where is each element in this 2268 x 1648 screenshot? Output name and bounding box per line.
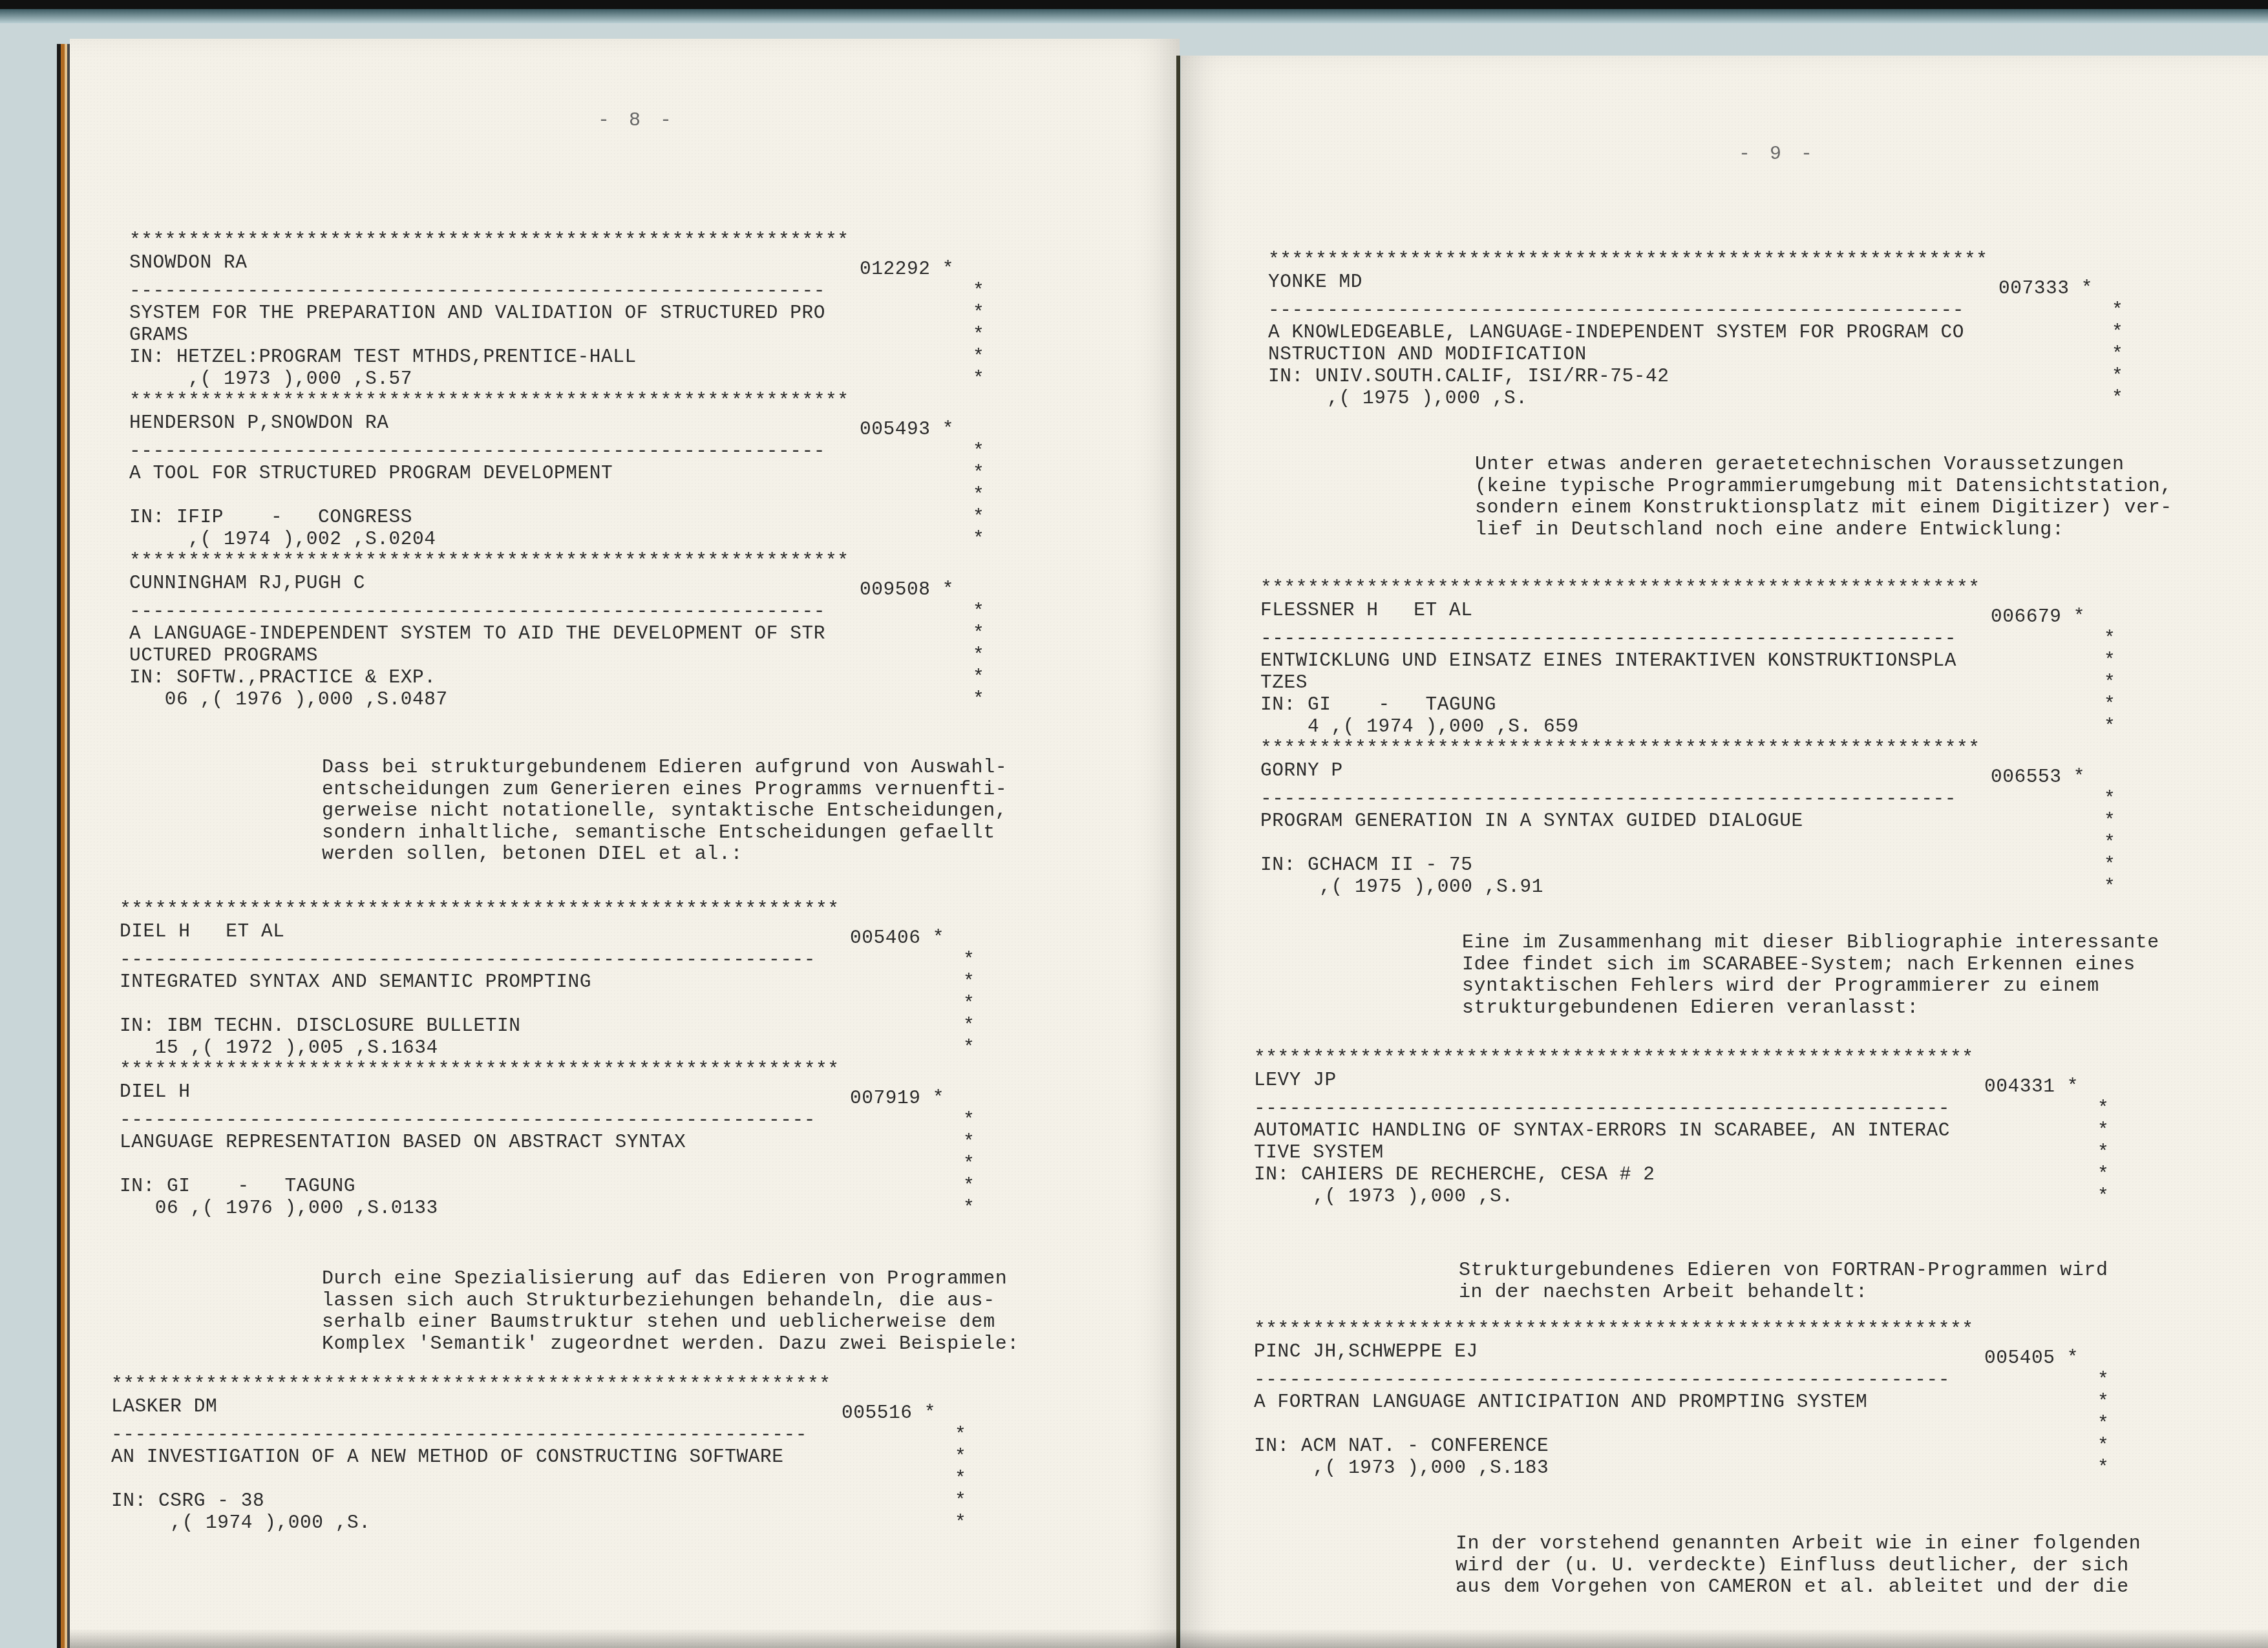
record-citation-text: ,( 1974 ),000 ,S. — [111, 1512, 371, 1534]
paragraph-line: wird der (u. U. verdeckte) Einfluss deut… — [1456, 1556, 2141, 1578]
record-author: YONKE MD007333 * — [1268, 271, 1987, 299]
record-source: IN: IBM TECHN. DISCLOSURE BULLETIN* — [120, 1015, 839, 1037]
record-source-text: IN: CSRG - 38 — [111, 1490, 264, 1512]
dash-rule: ----------------------------------------… — [120, 1109, 839, 1131]
record-author-text: HENDERSON P,SNOWDON RA — [129, 412, 389, 434]
record-author-text: YONKE MD — [1268, 271, 1362, 293]
star-rule-text: ****************************************… — [111, 1373, 831, 1395]
record-title: ENTWICKLUNG UND EINSATZ EINES INTERAKTIV… — [1260, 650, 1980, 671]
record-title: * — [111, 1468, 831, 1490]
bibliography-record: ****************************************… — [1254, 1047, 1973, 1207]
border-star: * — [973, 346, 984, 368]
record-source: IN: CAHIERS DE RECHERCHE, CESA # 2* — [1254, 1163, 1973, 1185]
dash-rule-text: ----------------------------------------… — [120, 949, 816, 971]
record-source: IN: UNIV.SOUTH.CALIF, ISI/RR-75-42* — [1268, 365, 1987, 387]
right-records-group-1: ****************************************… — [1268, 249, 1987, 409]
dash-rule-text: ----------------------------------------… — [1260, 628, 1956, 650]
paragraph-line: gerweise nicht notationelle, syntaktisch… — [322, 801, 1007, 823]
record-citation: ,( 1973 ),000 ,S.183* — [1254, 1457, 1973, 1479]
record-source: IN: IFIP - CONGRESS* — [129, 506, 849, 528]
border-star: * — [2104, 693, 2115, 715]
border-star: * — [2097, 1185, 2109, 1207]
record-author-text: FLESSNER H ET AL — [1260, 599, 1473, 621]
record-author-text: LASKER DM — [111, 1395, 217, 1417]
record-title-text: GRAMS — [129, 324, 188, 346]
border-star: * — [955, 1424, 966, 1446]
border-star: * — [2097, 1369, 2109, 1391]
record-citation-text: 06 ,( 1976 ),000 ,S.0487 — [129, 688, 448, 710]
record-author-text: LEVY JP — [1254, 1069, 1337, 1091]
record-source: IN: ACM NAT. - CONFERENCE* — [1254, 1435, 1973, 1457]
border-star: * — [2097, 1457, 2109, 1479]
border-star: * — [963, 1197, 975, 1219]
paragraph-line: Unter etwas anderen geraetetechnischen V… — [1475, 454, 2172, 476]
right-paragraph-4: In der vorstehend genannten Arbeit wie i… — [1456, 1534, 2141, 1599]
paragraph-line: strukturgebundenen Edieren veranlasst: — [1462, 998, 2159, 1020]
right-records-group-4: ****************************************… — [1254, 1318, 1973, 1479]
border-star: * — [2097, 1391, 2109, 1413]
record-title-text: A LANGUAGE-INDEPENDENT SYSTEM TO AID THE… — [129, 622, 825, 644]
paragraph-line: lassen sich auch Strukturbeziehungen beh… — [322, 1291, 1019, 1313]
border-star: * — [973, 368, 984, 390]
record-author: CUNNINGHAM RJ,PUGH C009508 * — [129, 572, 849, 600]
star-rule: ****************************************… — [1260, 737, 1980, 759]
record-citation: ,( 1973 ),000 ,S.57* — [129, 368, 849, 390]
border-star: * — [963, 971, 975, 993]
border-star: * — [2104, 832, 2115, 854]
record-title-text: ENTWICKLUNG UND EINSATZ EINES INTERAKTIV… — [1260, 650, 1956, 671]
border-star: * — [963, 1037, 975, 1059]
dash-rule: ----------------------------------------… — [1254, 1369, 1973, 1391]
record-title-text: AUTOMATIC HANDLING OF SYNTAX-ERRORS IN S… — [1254, 1119, 1950, 1141]
scanner-top-edge — [0, 0, 2268, 9]
record-title: GRAMS* — [129, 324, 849, 346]
record-title: INTEGRATED SYNTAX AND SEMANTIC PROMPTING… — [120, 971, 839, 993]
right-records-group-2: ****************************************… — [1260, 577, 1980, 898]
record-citation-text: ,( 1974 ),002 ,S.0204 — [129, 528, 436, 550]
paragraph-line: sondern inhaltliche, semantische Entsche… — [322, 823, 1007, 845]
record-author: HENDERSON P,SNOWDON RA005493 * — [129, 412, 849, 440]
record-citation: 15 ,( 1972 ),005 ,S.1634* — [120, 1037, 839, 1059]
border-star: * — [2112, 321, 2123, 343]
right-page-number: - 9 - — [1739, 143, 1816, 165]
border-star: * — [973, 280, 984, 302]
record-source-text: IN: IBM TECHN. DISCLOSURE BULLETIN — [120, 1015, 521, 1037]
dash-rule: ----------------------------------------… — [129, 600, 849, 622]
book-cover-edge — [57, 44, 70, 1648]
record-citation: 06 ,( 1976 ),000 ,S.0133* — [120, 1197, 839, 1219]
bibliography-record: ****************************************… — [1260, 577, 1980, 737]
record-source-text: IN: GI - TAGUNG — [1260, 693, 1496, 715]
dash-rule: ----------------------------------------… — [1260, 788, 1980, 810]
record-source-text: IN: GI - TAGUNG — [120, 1175, 355, 1197]
bibliography-record: ****************************************… — [129, 390, 849, 550]
record-title: PROGRAM GENERATION IN A SYNTAX GUIDED DI… — [1260, 810, 1980, 832]
record-citation-text: ,( 1973 ),000 ,S. — [1254, 1185, 1514, 1207]
bibliography-record: ****************************************… — [111, 1373, 831, 1534]
star-rule-text: ****************************************… — [129, 390, 849, 412]
right-paragraph-2: Eine im Zusammenhang mit dieser Bibliogr… — [1462, 933, 2159, 1019]
dash-rule: ----------------------------------------… — [129, 280, 849, 302]
star-rule-text: ****************************************… — [1254, 1318, 1973, 1340]
border-star: * — [2097, 1119, 2109, 1141]
record-source-text: IN: SOFTW.,PRACTICE & EXP. — [129, 666, 436, 688]
paragraph-line: aus dem Vorgehen von CAMERON et al. able… — [1456, 1577, 2141, 1599]
bibliography-record: ****************************************… — [120, 1059, 839, 1219]
record-title: * — [120, 1153, 839, 1175]
border-star: * — [973, 440, 984, 462]
record-title: SYSTEM FOR THE PREPARATION AND VALIDATIO… — [129, 302, 849, 324]
record-source: IN: HETZEL:PROGRAM TEST MTHDS,PRENTICE-H… — [129, 346, 849, 368]
dash-rule: ----------------------------------------… — [129, 440, 849, 462]
record-title: * — [1260, 832, 1980, 854]
record-citation-text: ,( 1975 ),000 ,S.91 — [1260, 876, 1543, 898]
paragraph-line: entscheidungen zum Generieren eines Prog… — [322, 779, 1007, 801]
star-rule-text: ****************************************… — [1260, 577, 1980, 599]
record-title-text: SYSTEM FOR THE PREPARATION AND VALIDATIO… — [129, 302, 825, 324]
paragraph-line: Idee findet sich im SCARABEE-System; nac… — [1462, 955, 2159, 977]
left-records-group-1: ****************************************… — [129, 229, 849, 710]
star-rule-text: ****************************************… — [129, 229, 849, 251]
bibliography-record: ****************************************… — [120, 898, 839, 1059]
border-star: * — [973, 324, 984, 346]
border-star: * — [2097, 1141, 2109, 1163]
border-star: * — [973, 506, 984, 528]
border-star: * — [963, 1109, 975, 1131]
border-star: * — [963, 1153, 975, 1175]
border-star: * — [973, 644, 984, 666]
record-author: LEVY JP004331 * — [1254, 1069, 1973, 1097]
star-rule: ****************************************… — [120, 1059, 839, 1081]
record-title: * — [129, 484, 849, 506]
record-author: DIEL H ET AL005406 * — [120, 920, 839, 949]
border-star: * — [973, 462, 984, 484]
border-star: * — [963, 993, 975, 1015]
record-author-text: DIEL H — [120, 1081, 191, 1103]
star-rule: ****************************************… — [129, 229, 849, 251]
bibliography-record: ****************************************… — [129, 550, 849, 710]
paragraph-line: serhalb einer Baumstruktur stehen und ue… — [322, 1312, 1019, 1334]
record-title-text: A TOOL FOR STRUCTURED PROGRAM DEVELOPMEN… — [129, 462, 613, 484]
border-star: * — [973, 528, 984, 550]
record-title-text: NSTRUCTION AND MODIFICATION — [1268, 343, 1587, 365]
left-page-number: - 8 - — [598, 110, 675, 132]
paragraph-line: (keine typische Programmierumgebung mit … — [1475, 476, 2172, 498]
paragraph-line: syntaktischen Fehlers wird der Programmi… — [1462, 976, 2159, 998]
record-source-text: IN: GCHACM II - 75 — [1260, 854, 1473, 876]
record-author: DIEL H007919 * — [120, 1081, 839, 1109]
record-source-text: IN: ACM NAT. - CONFERENCE — [1254, 1435, 1549, 1457]
left-records-group-2: ****************************************… — [120, 898, 839, 1219]
dash-rule: ----------------------------------------… — [120, 949, 839, 971]
right-paragraph-3: Strukturgebundenes Edieren von FORTRAN-P… — [1459, 1260, 2108, 1304]
record-title-text: UCTURED PROGRAMS — [129, 644, 318, 666]
dash-rule: ----------------------------------------… — [1268, 299, 1987, 321]
record-title: AN INVESTIGATION OF A NEW METHOD OF CONS… — [111, 1446, 831, 1468]
paragraph-line: in der naechsten Arbeit behandelt: — [1459, 1282, 2108, 1304]
record-title: TZES* — [1260, 671, 1980, 693]
record-source-text: IN: UNIV.SOUTH.CALIF, ISI/RR-75-42 — [1268, 365, 1669, 387]
record-source-text: IN: HETZEL:PROGRAM TEST MTHDS,PRENTICE-H… — [129, 346, 637, 368]
border-star: * — [2112, 343, 2123, 365]
border-star: * — [955, 1446, 966, 1468]
record-title-text: A FORTRAN LANGUAGE ANTICIPATION AND PROM… — [1254, 1391, 1867, 1413]
record-title-text: AN INVESTIGATION OF A NEW METHOD OF CONS… — [111, 1446, 783, 1468]
record-citation-text: ,( 1973 ),000 ,S.183 — [1254, 1457, 1549, 1479]
dash-rule-text: ----------------------------------------… — [111, 1424, 807, 1446]
dash-rule-text: ----------------------------------------… — [1254, 1097, 1950, 1119]
border-star: * — [2097, 1413, 2109, 1435]
record-citation-text: ,( 1973 ),000 ,S.57 — [129, 368, 412, 390]
star-rule: ****************************************… — [1254, 1318, 1973, 1340]
border-star: * — [955, 1468, 966, 1490]
dash-rule-text: ----------------------------------------… — [120, 1109, 816, 1131]
star-rule: ****************************************… — [1254, 1047, 1973, 1069]
bibliography-record: ****************************************… — [1268, 249, 1987, 409]
record-author: GORNY P006553 * — [1260, 759, 1980, 788]
dash-rule-text: ----------------------------------------… — [129, 440, 825, 462]
left-paragraph-1: Dass bei strukturgebundenem Edieren aufg… — [322, 757, 1007, 866]
record-author: SNOWDON RA012292 * — [129, 251, 849, 280]
border-star: * — [2104, 876, 2115, 898]
star-rule-text: ****************************************… — [1268, 249, 1987, 271]
record-title-text: LANGUAGE REPRESENTATION BASED ON ABSTRAC… — [120, 1131, 686, 1153]
border-star: * — [2097, 1435, 2109, 1457]
border-star: * — [2097, 1163, 2109, 1185]
record-source: IN: GI - TAGUNG* — [120, 1175, 839, 1197]
record-title: A KNOWLEDGEABLE, LANGUAGE-INDEPENDENT SY… — [1268, 321, 1987, 343]
dash-rule-text: ----------------------------------------… — [129, 280, 825, 302]
record-title: * — [120, 993, 839, 1015]
border-star: * — [973, 622, 984, 644]
record-title: LANGUAGE REPRESENTATION BASED ON ABSTRAC… — [120, 1131, 839, 1153]
record-title: UCTURED PROGRAMS* — [129, 644, 849, 666]
dash-rule-text: ----------------------------------------… — [1268, 299, 1964, 321]
record-citation: ,( 1975 ),000 ,S.91* — [1260, 876, 1980, 898]
dash-rule: ----------------------------------------… — [1254, 1097, 1973, 1119]
border-star: * — [2097, 1097, 2109, 1119]
record-citation-text: 4 ,( 1974 ),000 ,S. 659 — [1260, 715, 1579, 737]
record-author: FLESSNER H ET AL006679 * — [1260, 599, 1980, 628]
record-title: A TOOL FOR STRUCTURED PROGRAM DEVELOPMEN… — [129, 462, 849, 484]
record-title-text: PROGRAM GENERATION IN A SYNTAX GUIDED DI… — [1260, 810, 1803, 832]
star-rule: ****************************************… — [129, 550, 849, 572]
border-star: * — [2104, 810, 2115, 832]
bibliography-record: ****************************************… — [129, 229, 849, 390]
dash-rule-text: ----------------------------------------… — [1254, 1369, 1950, 1391]
paragraph-line: lief in Deutschland noch eine andere Ent… — [1475, 520, 2172, 542]
star-rule-text: ****************************************… — [1260, 737, 1980, 759]
record-source: IN: CSRG - 38* — [111, 1490, 831, 1512]
border-star: * — [963, 1131, 975, 1153]
star-rule-text: ****************************************… — [1254, 1047, 1973, 1069]
record-citation: ,( 1975 ),000 ,S.* — [1268, 387, 1987, 409]
border-star: * — [963, 949, 975, 971]
record-title-text: INTEGRATED SYNTAX AND SEMANTIC PROMPTING — [120, 971, 591, 993]
record-source-text: IN: IFIP - CONGRESS — [129, 506, 412, 528]
paragraph-line: Eine im Zusammenhang mit dieser Bibliogr… — [1462, 933, 2159, 955]
record-citation: ,( 1973 ),000 ,S.* — [1254, 1185, 1973, 1207]
record-title-text: A KNOWLEDGEABLE, LANGUAGE-INDEPENDENT SY… — [1268, 321, 1964, 343]
record-author: PINC JH,SCHWEPPE EJ005405 * — [1254, 1340, 1973, 1369]
star-rule: ****************************************… — [111, 1373, 831, 1395]
border-star: * — [973, 302, 984, 324]
star-rule: ****************************************… — [120, 898, 839, 920]
star-rule-text: ****************************************… — [120, 1059, 839, 1081]
border-star: * — [2104, 854, 2115, 876]
paragraph-line: sondern einem Konstruktionsplatz mit ein… — [1475, 498, 2172, 520]
paragraph-line: Komplex 'Semantik' zugeordnet werden. Da… — [322, 1334, 1019, 1356]
right-paragraph-1: Unter etwas anderen geraetetechnischen V… — [1475, 454, 2172, 541]
border-star: * — [973, 666, 984, 688]
record-citation-text: ,( 1975 ),000 ,S. — [1268, 387, 1528, 409]
right-records-group-3: ****************************************… — [1254, 1047, 1973, 1207]
record-citation: ,( 1974 ),000 ,S.* — [111, 1512, 831, 1534]
border-star: * — [2104, 650, 2115, 671]
border-star: * — [955, 1490, 966, 1512]
border-star: * — [2112, 387, 2123, 409]
left-paragraph-2: Durch eine Spezialisierung auf das Edier… — [322, 1269, 1019, 1355]
record-title: AUTOMATIC HANDLING OF SYNTAX-ERRORS IN S… — [1254, 1119, 1973, 1141]
record-author-text: PINC JH,SCHWEPPE EJ — [1254, 1340, 1478, 1362]
record-source: IN: GI - TAGUNG* — [1260, 693, 1980, 715]
dash-rule: ----------------------------------------… — [111, 1424, 831, 1446]
star-rule: ****************************************… — [1268, 249, 1987, 271]
record-title: * — [1254, 1413, 1973, 1435]
record-title: A FORTRAN LANGUAGE ANTICIPATION AND PROM… — [1254, 1391, 1973, 1413]
record-author-text: GORNY P — [1260, 759, 1343, 781]
border-star: * — [2104, 628, 2115, 650]
paragraph-line: In der vorstehend genannten Arbeit wie i… — [1456, 1534, 2141, 1556]
border-star: * — [2104, 671, 2115, 693]
border-star: * — [2112, 365, 2123, 387]
star-rule: ****************************************… — [129, 390, 849, 412]
scanner-background — [0, 9, 2268, 23]
record-citation: 4 ,( 1974 ),000 ,S. 659* — [1260, 715, 1980, 737]
star-rule: ****************************************… — [1260, 577, 1980, 599]
record-title: A LANGUAGE-INDEPENDENT SYSTEM TO AID THE… — [129, 622, 849, 644]
record-title-text: TIVE SYSTEM — [1254, 1141, 1384, 1163]
record-source: IN: SOFTW.,PRACTICE & EXP.* — [129, 666, 849, 688]
border-star: * — [973, 484, 984, 506]
paragraph-line: Strukturgebundenes Edieren von FORTRAN-P… — [1459, 1260, 2108, 1282]
record-citation-text: 15 ,( 1972 ),005 ,S.1634 — [120, 1037, 438, 1059]
left-records-group-3: ****************************************… — [111, 1373, 831, 1534]
record-title: NSTRUCTION AND MODIFICATION* — [1268, 343, 1987, 365]
record-citation: 06 ,( 1976 ),000 ,S.0487* — [129, 688, 849, 710]
star-rule-text: ****************************************… — [129, 550, 849, 572]
record-author-text: DIEL H ET AL — [120, 920, 285, 942]
record-author-text: CUNNINGHAM RJ,PUGH C — [129, 572, 365, 594]
record-title: TIVE SYSTEM* — [1254, 1141, 1973, 1163]
border-star: * — [963, 1015, 975, 1037]
paragraph-line: Dass bei strukturgebundenem Edieren aufg… — [322, 757, 1007, 779]
border-star: * — [973, 600, 984, 622]
dash-rule-text: ----------------------------------------… — [129, 600, 825, 622]
book-spine — [1176, 56, 1180, 1648]
bottom-shadow — [70, 1629, 2268, 1648]
paragraph-line: werden sollen, betonen DIEL et al.: — [322, 844, 1007, 866]
border-star: * — [973, 688, 984, 710]
record-citation: ,( 1974 ),002 ,S.0204* — [129, 528, 849, 550]
border-star: * — [963, 1175, 975, 1197]
border-star: * — [2112, 299, 2123, 321]
record-source-text: IN: CAHIERS DE RECHERCHE, CESA # 2 — [1254, 1163, 1655, 1185]
record-author: LASKER DM005516 * — [111, 1395, 831, 1424]
bibliography-record: ****************************************… — [1260, 737, 1980, 898]
record-citation-text: 06 ,( 1976 ),000 ,S.0133 — [120, 1197, 438, 1219]
border-star: * — [955, 1512, 966, 1534]
dash-rule: ----------------------------------------… — [1260, 628, 1980, 650]
paragraph-line: Durch eine Spezialisierung auf das Edier… — [322, 1269, 1019, 1291]
star-rule-text: ****************************************… — [120, 898, 839, 920]
dash-rule-text: ----------------------------------------… — [1260, 788, 1956, 810]
bibliography-record: ****************************************… — [1254, 1318, 1973, 1479]
border-star: * — [2104, 715, 2115, 737]
record-author-text: SNOWDON RA — [129, 251, 248, 273]
record-title-text: TZES — [1260, 671, 1308, 693]
border-star: * — [2104, 788, 2115, 810]
record-source: IN: GCHACM II - 75* — [1260, 854, 1980, 876]
